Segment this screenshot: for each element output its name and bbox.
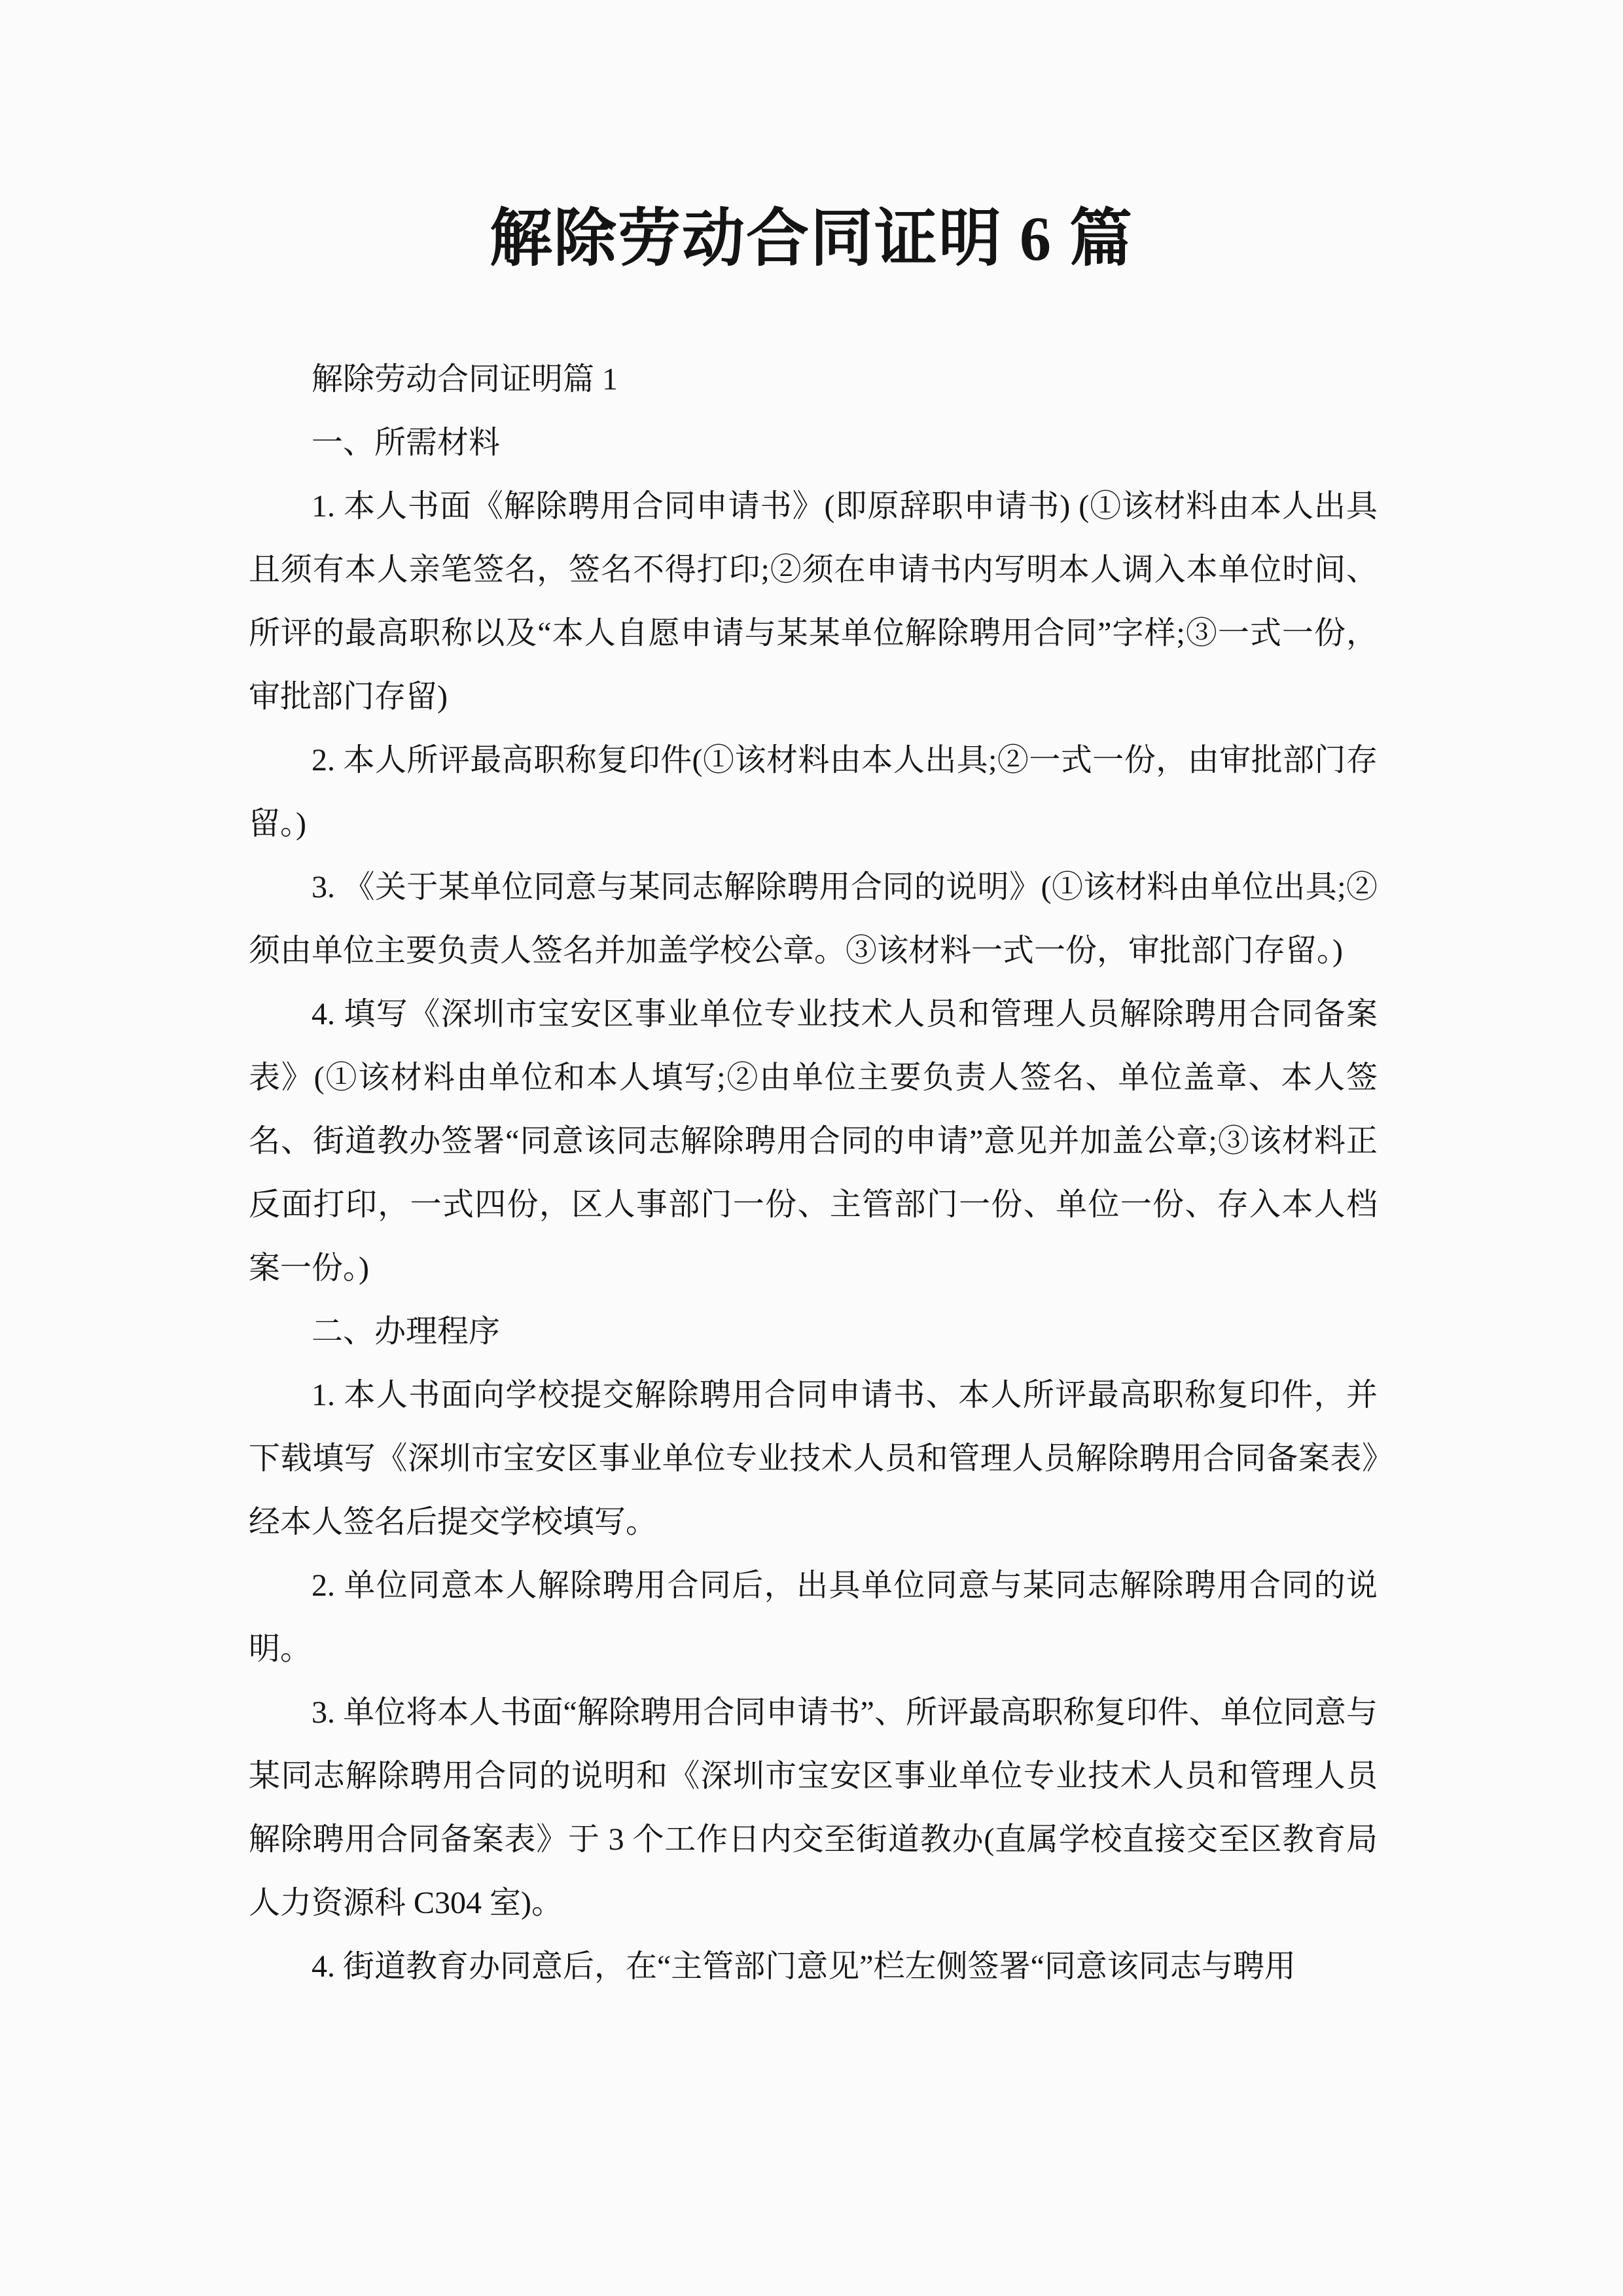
paragraph-material-3: 3. 《关于某单位同意与某同志解除聘用合同的说明》(①该材料由单位出具;②须由单…	[249, 855, 1378, 982]
paragraph-procedure-4: 4. 街道教育办同意后，在“主管部门意见”栏左侧签署“同意该同志与聘用	[249, 1935, 1378, 1998]
document-page: 解除劳动合同证明 6 篇 解除劳动合同证明篇 1 一、所需材料 1. 本人书面《…	[0, 0, 1623, 2296]
paragraph-procedure-2: 2. 单位同意本人解除聘用合同后，出具单位同意与某同志解除聘用合同的说明。	[249, 1554, 1378, 1681]
document-body: 解除劳动合同证明篇 1 一、所需材料 1. 本人书面《解除聘用合同申请书》(即原…	[249, 348, 1378, 1998]
paragraph-material-1: 1. 本人书面《解除聘用合同申请书》(即原辞职申请书) (①该材料由本人出具且须…	[249, 475, 1378, 728]
paragraph-section-label: 解除劳动合同证明篇 1	[249, 348, 1378, 411]
paragraph-procedure-1: 1. 本人书面向学校提交解除聘用合同申请书、本人所评最高职称复印件，并下载填写《…	[249, 1363, 1378, 1554]
paragraph-heading-materials: 一、所需材料	[249, 411, 1378, 475]
paragraph-material-2: 2. 本人所评最高职称复印件(①该材料由本人出具;②一式一份，由审批部门存留。)	[249, 728, 1378, 855]
paragraph-material-4: 4. 填写《深圳市宝安区事业单位专业技术人员和管理人员解除聘用合同备案表》(①该…	[249, 982, 1378, 1300]
paragraph-procedure-3: 3. 单位将本人书面“解除聘用合同申请书”、所评最高职称复印件、单位同意与某同志…	[249, 1681, 1378, 1935]
paragraph-heading-procedure: 二、办理程序	[249, 1300, 1378, 1363]
document-title: 解除劳动合同证明 6 篇	[0, 200, 1623, 278]
